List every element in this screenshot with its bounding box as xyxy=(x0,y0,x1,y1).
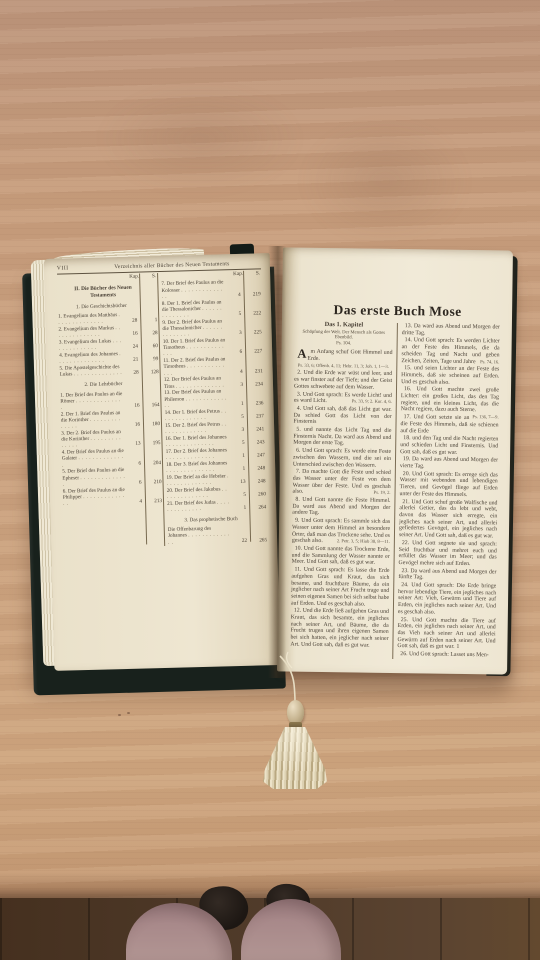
toc-entry: 16. Der 1. Brief des Johannes . . . . . … xyxy=(165,433,264,448)
toc-column-headers: Kap. S. xyxy=(57,273,156,282)
verse: 19. Da ward aus Abend und Morgen der vie… xyxy=(400,456,498,471)
toc-entry-chapters: 4 xyxy=(227,368,243,375)
verse: 7. Da machte Gott die Feste und schied d… xyxy=(293,469,391,497)
toc-entry-chapters: 3 xyxy=(227,381,243,388)
cross-reference: Ps. 136, 7—9. xyxy=(469,414,498,421)
toc-entry-title: 17. Der 2. Brief des Johannes . . . . . … xyxy=(166,447,229,461)
seite-header: S. xyxy=(243,271,260,278)
toc-entry-title: 4. Evangelium des Johannes . . . . . . .… xyxy=(59,351,122,365)
verse: 18. und den Tag und die Nacht regierten … xyxy=(400,435,498,456)
verse-text: 10. Und Gott nannte das Trockene Erde, u… xyxy=(292,546,390,567)
page-number-roman: VIII xyxy=(57,265,83,272)
toc-column-right: Kap. S. 7. Der Brief des Paulus an die K… xyxy=(157,271,268,547)
genesis-page: Das erste Buch Mose Das 1. Kapitel Schöp… xyxy=(277,247,513,666)
verse: 26. Und Gott sprach: Lasset uns Men- xyxy=(397,651,495,659)
toc-entry: 4. Evangelium des Johannes . . . . . . .… xyxy=(59,350,158,365)
toc-entry-title: 20. Der Brief des Jakobus . . . . . . . … xyxy=(167,486,230,500)
verse: 20. Und Gott sprach: Es errege sich das … xyxy=(399,471,497,499)
toc-column-headers: Kap. S. xyxy=(161,271,260,280)
toc-entry-chapters: 3 xyxy=(226,330,242,337)
verse: 22. Und Gott segnete sie und sprach: Sei… xyxy=(399,540,497,568)
left-page: VIII Verzeichnis aller Bücher des Neuen … xyxy=(44,253,281,671)
tassel-cord xyxy=(258,650,318,710)
toc-entry: 5. Die Apostelgeschichte des Lukas . . .… xyxy=(59,363,158,378)
bible-column-right: 13. Da ward aus Abend und Morgen der dri… xyxy=(392,323,500,660)
toc-entry-title: 21. Der Brief des Judas . . . . . . . . … xyxy=(167,499,230,513)
verse: 8. Und Gott nannte die Feste Himmel. Da … xyxy=(292,497,390,518)
verse-text: 26. Und Gott sprach: Lasset uns Men- xyxy=(400,651,488,658)
toc-entry: 13. Der Brief des Paulus an Philemon . .… xyxy=(164,388,263,409)
toc-entry-title: 12. Der Brief des Paulus an Titus . . . … xyxy=(164,376,227,390)
verse: 11. Und Gott sprach: Es lasse die Erde a… xyxy=(291,567,390,609)
chapter-subtitle-ref: Ps. 104. xyxy=(295,340,393,347)
verse: 14. Und Gott sprach: Es werden Lichter a… xyxy=(401,337,499,365)
verse-text: 12. Und die Erde ließ aufgehen Gras und … xyxy=(290,608,389,649)
verse-text: 13. Da ward aus Abend und Morgen der dri… xyxy=(402,323,500,336)
toc-entry: 17. Der 2. Brief des Johannes . . . . . … xyxy=(166,446,265,461)
verse-text: 16. Und Gott machte zwei große Lichter: … xyxy=(401,386,499,413)
toc-entry-title: 3. Evangelium des Lukas . . . . . . . . … xyxy=(59,338,122,352)
verse-text: 22. Und Gott segnete sie und sprach: Sei… xyxy=(399,540,497,567)
toc-entry-title: 7. Der Brief des Paulus an die Kolosser … xyxy=(161,280,224,300)
verses-column-1: Am Anfang schuf Gott Himmel und Erde.Ps.… xyxy=(290,349,392,650)
verse-text: 24. Und Gott sprach: Die Erde bringe her… xyxy=(398,582,496,615)
drop-cap: A xyxy=(294,349,306,360)
toc-entry-chapters: 4 xyxy=(126,499,142,506)
toc-entry-title: 8. Der 1. Brief des Paulus an die Thessa… xyxy=(162,299,225,319)
toc-entry-chapters: 1 xyxy=(227,401,243,408)
verse-text: 20. Und Gott sprach: Es errege sich das … xyxy=(399,471,497,498)
tassel-knob xyxy=(287,700,304,724)
toc-entry-title: 19. Der Brief an die Hebräer . . . . . .… xyxy=(166,473,229,487)
verse: 16. Und Gott machte zwei große Lichter: … xyxy=(401,386,499,414)
toc-entry-title: 14. Der 1. Brief des Petrus . . . . . . … xyxy=(165,408,228,422)
verse: 6. Und Gott sprach: Es werde eine Feste … xyxy=(293,448,391,469)
cross-reference-line: Ps. 33, 6; Offenb. 4, 11; Hebr. 11, 3; J… xyxy=(294,363,392,370)
toc-entry: 3. Der 2. Brief des Paulus an die Korint… xyxy=(61,428,160,449)
toc-entry: 1. Der Brief des Paulus an die Römer . .… xyxy=(60,390,159,411)
toc-entry: 2. Der 1. Brief des Paulus an die Korint… xyxy=(61,409,160,430)
cross-reference: Ps. 33, 9; 2. Kor. 4, 6. xyxy=(349,399,392,406)
toc-entry: Die Offenbarung des Johannes . . . . . .… xyxy=(168,525,267,546)
verse-text: 15. und seien Lichter an der Feste des H… xyxy=(401,365,499,385)
toc-entry: 11. Der 2. Brief des Paulus an Timotheus… xyxy=(163,356,262,377)
verse: 3. Und Gott sprach: Es werde Licht! und … xyxy=(294,391,392,406)
toc-entry-title: 13. Der Brief des Paulus an Philemon . .… xyxy=(164,389,227,409)
verse-text: 18. und den Tag und die Nacht regierten … xyxy=(400,435,498,455)
toc-entry-title: 4. Der Brief des Paulus an die Galater .… xyxy=(62,448,125,468)
verse-text: 19. Da ward aus Abend und Morgen der vie… xyxy=(400,456,498,469)
toc-entry-title: 2. Evangelium des Markus . . . . . . . .… xyxy=(58,325,121,339)
verse-text: 2. Und die Erde war wüst und leer, und e… xyxy=(294,370,392,390)
verse: 23. Da ward aus Abend und Morgen der fün… xyxy=(398,568,496,583)
verse-text: 23. Da ward aus Abend und Morgen der fün… xyxy=(398,568,496,581)
verse: 24. Und Gott sprach: Die Erde bringe her… xyxy=(398,582,496,617)
verse-text: 8. Und Gott nannte die Feste Himmel. Da … xyxy=(292,497,390,517)
toc-entry-title: 16. Der 1. Brief des Johannes . . . . . … xyxy=(165,434,228,448)
toc-entry-title: Die Offenbarung des Johannes . . . . . .… xyxy=(168,525,231,545)
toc-entry-chapters: 28 xyxy=(121,318,137,325)
toc-entry-title: 15. Der 2. Brief des Petrus . . . . . . … xyxy=(165,421,228,435)
toc-entry: 8. Der 1. Brief des Paulus an die Thessa… xyxy=(162,298,261,319)
toc-entry-chapters: 13 xyxy=(124,441,140,448)
toc-entry-chapters: 6 xyxy=(125,479,141,486)
toc-entry-chapters: 16 xyxy=(123,403,139,410)
cross-reference: 2. Petr. 3, 5; Hiob 38, 8—11. xyxy=(334,538,390,545)
verse-text: 5. und nannte das Licht Tag und die Fins… xyxy=(293,427,391,447)
table-speck xyxy=(127,712,130,714)
toc-entry: 3. Evangelium des Lukas . . . . . . . . … xyxy=(59,337,158,352)
toc-entry-title: 5. Die Apostelgeschichte des Lukas . . .… xyxy=(59,364,122,378)
toc-column-left: Kap. S. II. Die Bücher des Neuen Testame… xyxy=(57,273,164,549)
toc-entry: 2. Evangelium des Markus . . . . . . . .… xyxy=(58,324,157,339)
bible-column-left: Das 1. Kapitel Schöpfung der Welt. Der M… xyxy=(290,322,393,659)
toc-entry-title: 1. Der Brief des Paulus an die Römer . .… xyxy=(60,391,123,411)
verse: 21. Und Gott schuf große Walfische und a… xyxy=(399,499,498,541)
toc-entry-title: 5. Der Brief des Paulus an die Epheser .… xyxy=(62,467,125,487)
toc-entry-title: 9. Der 2. Brief des Paulus an die Thessa… xyxy=(162,318,225,338)
toc-entry-chapters: 1 xyxy=(229,453,245,460)
toc-entry-title: 2. Der 1. Brief des Paulus an die Korint… xyxy=(61,410,124,430)
toc-entry: 19. Der Brief an die Hebräer . . . . . .… xyxy=(166,472,265,487)
toc-entry-title: 11. Der 2. Brief des Paulus an Timotheus… xyxy=(163,357,226,377)
toc-entry: 15. Der 2. Brief des Petrus . . . . . . … xyxy=(165,420,264,435)
verse: Am Anfang schuf Gott Himmel und Erde. xyxy=(294,349,392,364)
verse: 12. Und die Erde ließ aufgehen Gras und … xyxy=(290,608,389,650)
verse: 4. Und Gott sah, daß das Licht gut war. … xyxy=(293,406,391,427)
toc-entry-chapters: 1 xyxy=(230,505,246,512)
verse: 9. Und Gott sprach: Es sammle sich das W… xyxy=(292,518,390,546)
page-number: 1 xyxy=(456,644,459,650)
toc-entry-chapters: 6 xyxy=(125,460,141,467)
toc-entry-chapters: 5 xyxy=(228,414,244,421)
verse-text: 6. Und Gott sprach: Es werde eine Feste … xyxy=(293,448,391,469)
kap-header: Kap. xyxy=(123,274,139,281)
toc-entry-chapters: 28 xyxy=(123,370,139,377)
toc-entry: 9. Der 2. Brief des Paulus an die Thessa… xyxy=(162,317,261,338)
toc-entry: 21. Der Brief des Judas . . . . . . . . … xyxy=(167,498,266,513)
toc-entry-title: 18. Der 3. Brief des Johannes . . . . . … xyxy=(166,460,229,474)
table-speck xyxy=(118,714,121,716)
toc-entry: 1. Evangelium des Matthäus . . . . . . .… xyxy=(58,311,157,326)
seite-header: S. xyxy=(139,273,156,280)
toc-entry-title: 3. Der 2. Brief des Paulus an die Korint… xyxy=(61,429,124,449)
toc-entry-chapters: 13 xyxy=(229,479,245,486)
verse: 13. Da ward aus Abend und Morgen der dri… xyxy=(402,323,500,338)
book-title: Das erste Buch Mose xyxy=(295,302,500,321)
toc-entry: 18. Der 3. Brief des Johannes . . . . . … xyxy=(166,459,265,474)
toc-entry: 6. Der Brief des Paulus an die Philipper… xyxy=(63,486,162,507)
toc-entry-chapters: 16 xyxy=(124,422,140,429)
toc-entry-chapters: 16 xyxy=(122,331,138,338)
toc-entry: 12. Der Brief des Paulus an Titus . . . … xyxy=(164,375,263,390)
toc-entry: 14. Der 1. Brief des Petrus . . . . . . … xyxy=(165,407,264,422)
toc-entry-chapters: 5 xyxy=(230,492,246,499)
toc-entry-chapters: 3 xyxy=(228,427,244,434)
open-book: VIII Verzeichnis aller Bücher des Neuen … xyxy=(28,242,514,700)
verse: 5. und nannte das Licht Tag und die Fins… xyxy=(293,427,391,448)
verse: 25. Und Gott machte die Tiere auf Erden,… xyxy=(397,617,495,652)
cross-reference: Ps. 74, 16. xyxy=(477,359,499,366)
verse-text: 4. Und Gott sah, daß das Licht gut war. … xyxy=(293,406,391,426)
toc-entry-chapters: 5 xyxy=(228,440,244,447)
table-of-contents: VIII Verzeichnis aller Bücher des Neuen … xyxy=(44,253,278,549)
toc-entry-chapters: 22 xyxy=(231,537,247,544)
verse-text: m Anfang schuf Gott Himmel und Erde. xyxy=(307,349,392,362)
toc-group-heading: 3. Das prophetische Buch xyxy=(171,516,250,524)
toc-group-heading: 1. Die Geschichtsbücher xyxy=(62,302,141,310)
verse: 2. Und die Erde war wüst und leer, und e… xyxy=(294,370,392,391)
toc-entry-title: 1. Evangelium des Matthäus . . . . . . .… xyxy=(58,312,121,326)
toc-entry: 20. Der Brief des Jakobus . . . . . . . … xyxy=(167,485,266,500)
kap-header: Kap. xyxy=(227,271,243,278)
toc-group-heading: 2. Die Lehrbücher xyxy=(64,381,143,389)
toc-section-heading: II. Die Bücher des Neuen Testaments xyxy=(63,285,142,299)
toc-entry: 10. Der 1. Brief des Paulus an Timotheus… xyxy=(163,336,262,357)
verse-text: 21. Und Gott schuf große Walfische und a… xyxy=(399,499,498,540)
right-page: Das erste Buch Mose Das 1. Kapitel Schöp… xyxy=(277,247,513,674)
toc-entry-chapters: 21 xyxy=(122,357,138,364)
verse-text: 11. Und Gott sprach: Es lasse die Erde a… xyxy=(291,567,390,608)
toc-entry-chapters: 24 xyxy=(122,344,138,351)
verse-text: 25. Und Gott machte die Tiere auf Erden,… xyxy=(397,617,495,651)
toc-entry: 4. Der Brief des Paulus an die Galater .… xyxy=(62,447,161,468)
chapter-heading: Das 1. Kapitel xyxy=(295,322,393,330)
verse: 15. und seien Lichter an der Feste des H… xyxy=(401,365,499,386)
toc-entry-chapters: 4 xyxy=(225,292,241,299)
toc-entry: 5. Der Brief des Paulus an die Epheser .… xyxy=(62,466,161,487)
cross-reference: Ps. 19, 2. xyxy=(371,490,391,497)
verses-column-2: 13. Da ward aus Abend und Morgen der dri… xyxy=(397,323,500,659)
toc-entry-chapters: 5 xyxy=(225,311,241,318)
toc-entry-title: 10. Der 1. Brief des Paulus an Timotheus… xyxy=(163,337,226,357)
toc-entry-chapters: 6 xyxy=(226,349,242,356)
toc-entry-title: 6. Der Brief des Paulus an die Philipper… xyxy=(63,487,126,507)
toc-entry-chapters: 1 xyxy=(229,466,245,473)
toc-entry: 7. Der Brief des Paulus an die Kolosser … xyxy=(161,279,260,300)
verse: 10. Und Gott nannte das Trockene Erde, u… xyxy=(292,546,390,567)
